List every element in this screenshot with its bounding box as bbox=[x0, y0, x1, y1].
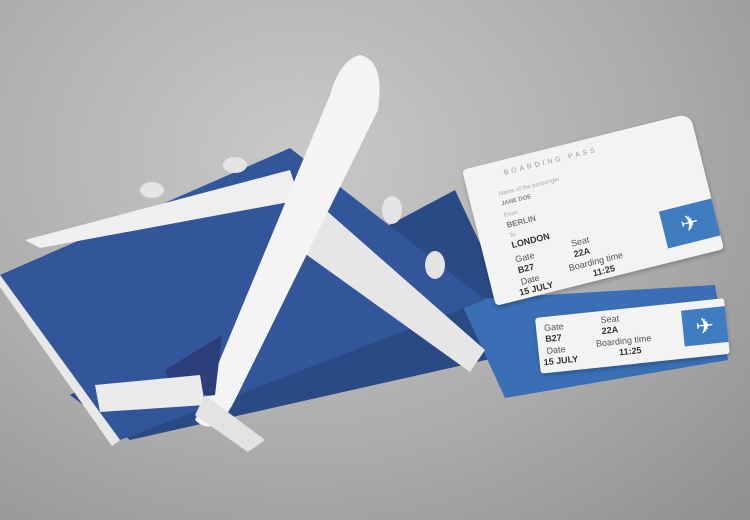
seat-label: Seat bbox=[600, 313, 619, 325]
date-value: 15 JULY bbox=[543, 354, 579, 368]
boarding-time-value: 11:25 bbox=[619, 345, 642, 357]
airplane-icon: ✈ bbox=[659, 199, 721, 249]
airplane-icon: ✈ bbox=[681, 306, 729, 346]
date-label: Date bbox=[546, 344, 566, 356]
seat-value: 22A bbox=[601, 324, 618, 336]
engine bbox=[425, 251, 445, 279]
to-value: LONDON bbox=[510, 231, 550, 250]
photo-scene: Gate B27 Seat 22A Date 15 JULY Boarding … bbox=[0, 0, 750, 520]
gate-value: B27 bbox=[545, 332, 562, 344]
engine bbox=[382, 196, 402, 224]
engine bbox=[140, 182, 164, 198]
engine bbox=[223, 157, 247, 173]
